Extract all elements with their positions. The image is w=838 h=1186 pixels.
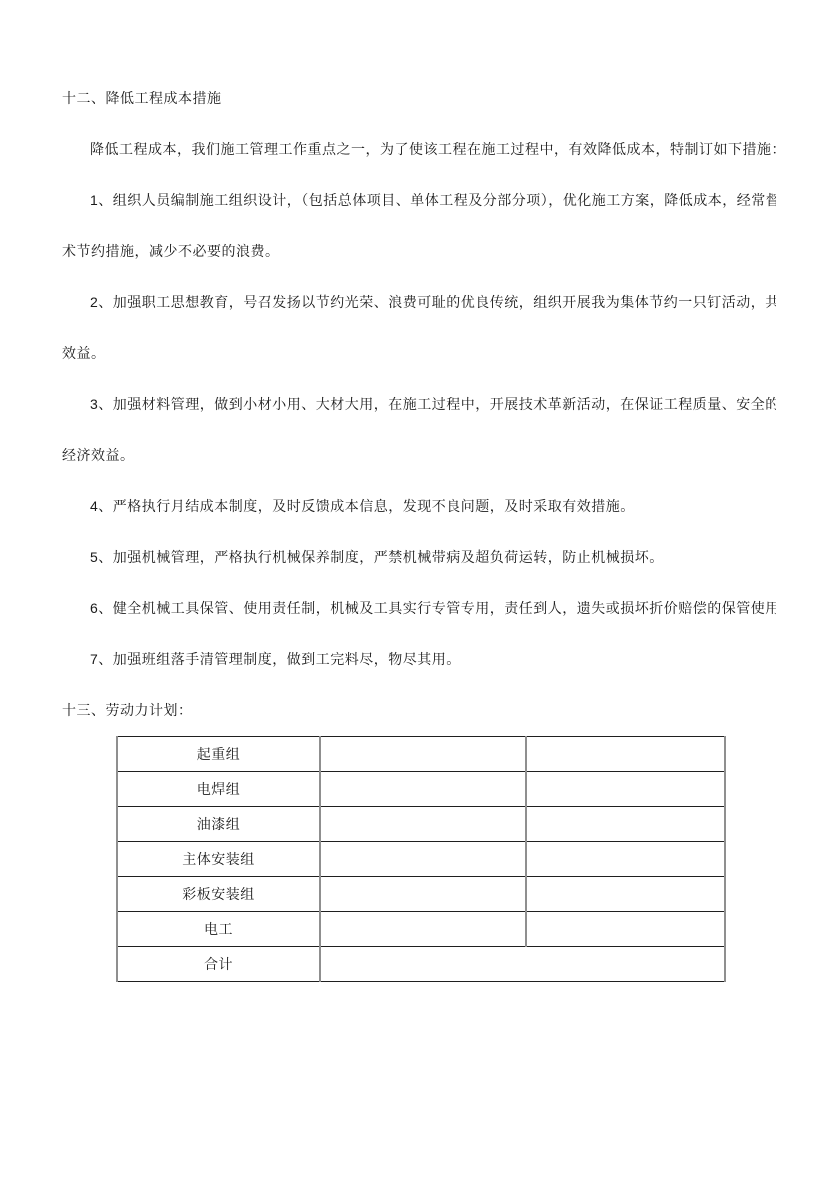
table-row-main-install-group: 主体安装组: [117, 842, 725, 877]
empty-cell: [320, 842, 526, 877]
item-2-line-2: 效益。: [62, 328, 776, 379]
table-row-crane-group: 起重组: [117, 737, 725, 772]
table-row-welding-group: 电焊组: [117, 772, 725, 807]
table-row-electrician: 电工: [117, 912, 725, 947]
labor-group-label: 电焊组: [117, 772, 320, 807]
empty-cell: [526, 877, 725, 912]
empty-cell: [526, 737, 725, 772]
item-1-line-2: 术节约措施，减少不必要的浪费。: [62, 226, 776, 277]
item-1-line-1: 1、组织人员编制施工组织设计，（包括总体项目、单体工程及分部分项），优化施工方案…: [62, 175, 776, 226]
labor-group-label: 主体安装组: [117, 842, 320, 877]
empty-cell: [320, 877, 526, 912]
empty-cell: [526, 912, 725, 947]
item-7-line-1: 7、加强班组落手清管理制度，做到工完料尽，物尽其用。: [62, 634, 776, 685]
labor-group-label: 油漆组: [117, 807, 320, 842]
empty-cell: [320, 737, 526, 772]
labor-plan-table: 起重组 电焊组 油漆组 主体安装组 彩板安装组: [116, 736, 726, 982]
section-13-heading: 十三、劳动力计划：: [62, 685, 776, 736]
table-row-panel-install-group: 彩板安装组: [117, 877, 725, 912]
empty-cell: [526, 807, 725, 842]
item-3-line-2: 经济效益。: [62, 430, 776, 481]
intro-paragraph-line: 降低工程成本，我们施工管理工作重点之一，为了使该工程在施工过程中，有效降低成本，…: [62, 124, 776, 175]
table-row-total: 合计: [117, 947, 725, 982]
empty-cell: [320, 772, 526, 807]
empty-cell: [320, 807, 526, 842]
empty-cell: [320, 912, 526, 947]
empty-cell: [526, 842, 725, 877]
item-5-line-1: 5、加强机械管理，严格执行机械保养制度，严禁机械带病及超负荷运转，防止机械损坏。: [62, 532, 776, 583]
total-label: 合计: [117, 947, 320, 982]
document-page: 十二、降低工程成本措施 降低工程成本，我们施工管理工作重点之一，为了使该工程在施…: [0, 0, 838, 1186]
merged-empty-cell: [320, 947, 725, 982]
labor-group-label: 起重组: [117, 737, 320, 772]
labor-group-label: 电工: [117, 912, 320, 947]
empty-cell: [526, 772, 725, 807]
item-4-line-1: 4、严格执行月结成本制度，及时反馈成本信息，发现不良问题，及时采取有效措施。: [62, 481, 776, 532]
section-12-heading: 十二、降低工程成本措施: [62, 73, 776, 124]
labor-group-label: 彩板安装组: [117, 877, 320, 912]
item-2-line-1: 2、加强职工思想教育，号召发扬以节约光荣、浪费可耻的优良传统，组织开展我为集体节…: [62, 277, 776, 328]
table-row-paint-group: 油漆组: [117, 807, 725, 842]
document-text-block: 十二、降低工程成本措施 降低工程成本，我们施工管理工作重点之一，为了使该工程在施…: [62, 73, 776, 736]
item-6-line-1: 6、健全机械工具保管、使用责任制，机械及工具实行专管专用，责任到人，遗失或损坏折…: [62, 583, 776, 634]
item-3-line-1: 3、加强材料管理，做到小材小用、大材大用，在施工过程中，开展技术革新活动，在保证…: [62, 379, 776, 430]
